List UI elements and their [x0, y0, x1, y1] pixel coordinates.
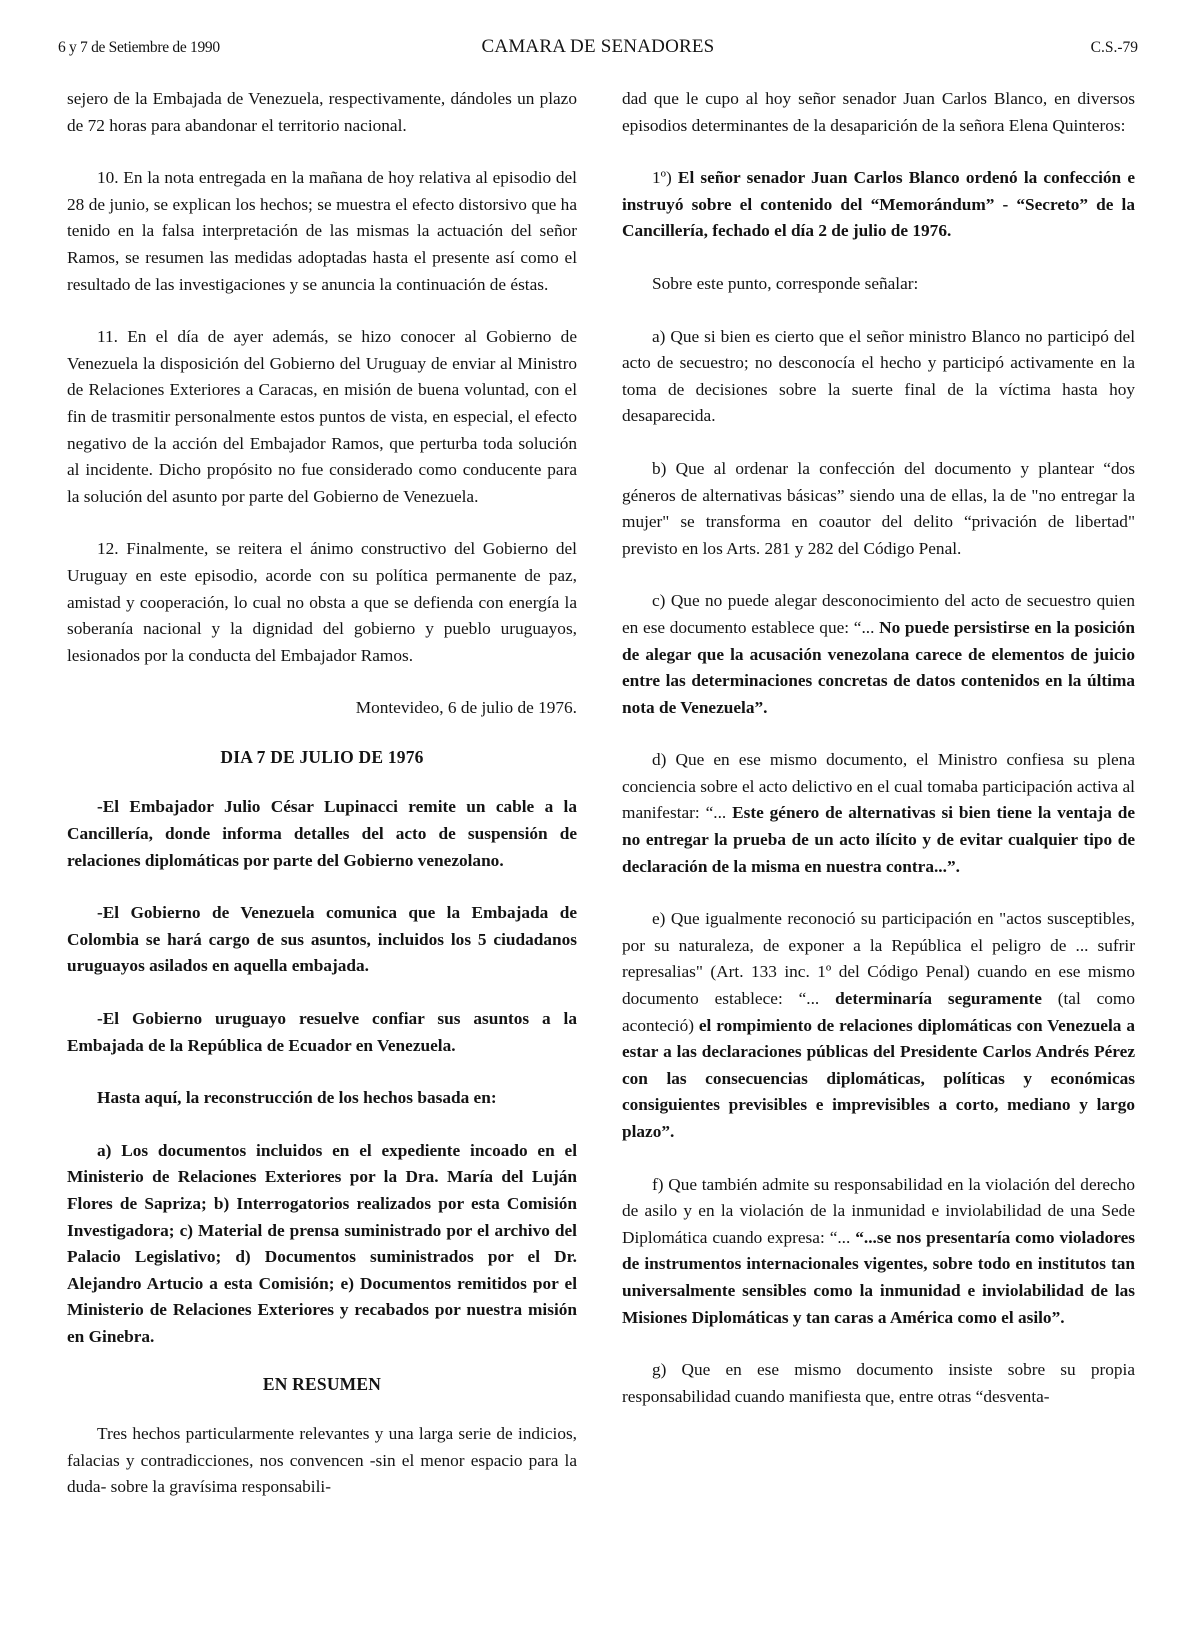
- event-item-2: -El Gobierno de Venezuela comunica que l…: [67, 900, 577, 980]
- sobre-este-punto: Sobre este punto, corresponde señalar:: [622, 271, 1135, 298]
- point-1-text: El señor senador Juan Carlos Blanco orde…: [622, 168, 1135, 240]
- section-heading-day: DIA 7 DE JULIO DE 1976: [67, 744, 577, 771]
- item-d: d) Que en ese mismo documento, el Minist…: [622, 747, 1135, 880]
- header-title: CAMARA DE SENADORES: [58, 36, 1138, 58]
- paragraph-continuation: dad que le cupo al hoy señor senador Jua…: [622, 86, 1135, 139]
- item-g: g) Que en ese mismo documento insiste so…: [622, 1357, 1135, 1410]
- item-b: b) Que al ordenar la confección del docu…: [622, 456, 1135, 562]
- paragraph-10: 10. En la nota entregada en la mañana de…: [67, 165, 577, 298]
- section-heading-resumen: EN RESUMEN: [67, 1371, 577, 1398]
- item-c: c) Que no puede alegar desconocimiento d…: [622, 588, 1135, 721]
- left-column: sejero de la Embajada de Venezuela, resp…: [67, 86, 577, 1527]
- right-column: dad que le cupo al hoy señor senador Jua…: [622, 86, 1135, 1436]
- event-item-3: -El Gobierno uruguayo resuelve confiar s…: [67, 1006, 577, 1059]
- item-e-quote-1: determinaría seguramente: [835, 989, 1042, 1008]
- paragraph-11: 11. En el día de ayer además, se hizo co…: [67, 324, 577, 510]
- item-a: a) Que si bien es cierto que el señor mi…: [622, 324, 1135, 430]
- paragraph-continuation: sejero de la Embajada de Venezuela, resp…: [67, 86, 577, 139]
- resumen-paragraph: Tres hechos particularmente relevantes y…: [67, 1421, 577, 1501]
- page-header: 6 y 7 de Setiembre de 1990 CAMARA DE SEN…: [58, 36, 1138, 62]
- sources-intro: Hasta aquí, la reconstrucción de los hec…: [67, 1085, 577, 1112]
- item-f: f) Que también admite su responsabilidad…: [622, 1172, 1135, 1332]
- sources-list: a) Los documentos incluidos en el expedi…: [67, 1138, 577, 1351]
- paragraph-12: 12. Finalmente, se reitera el ánimo cons…: [67, 536, 577, 669]
- item-e-quote-2: el rompimiento de relaciones diplomática…: [622, 1016, 1135, 1141]
- item-e: e) Que igualmente reconoció su participa…: [622, 906, 1135, 1145]
- event-item-1: -El Embajador Julio César Lupinacci remi…: [67, 794, 577, 874]
- header-page-ref: C.S.-79: [1091, 39, 1138, 57]
- signature-line: Montevideo, 6 de julio de 1976.: [67, 695, 577, 722]
- point-1-number: 1º): [652, 168, 678, 187]
- point-1: 1º) El señor senador Juan Carlos Blanco …: [622, 165, 1135, 245]
